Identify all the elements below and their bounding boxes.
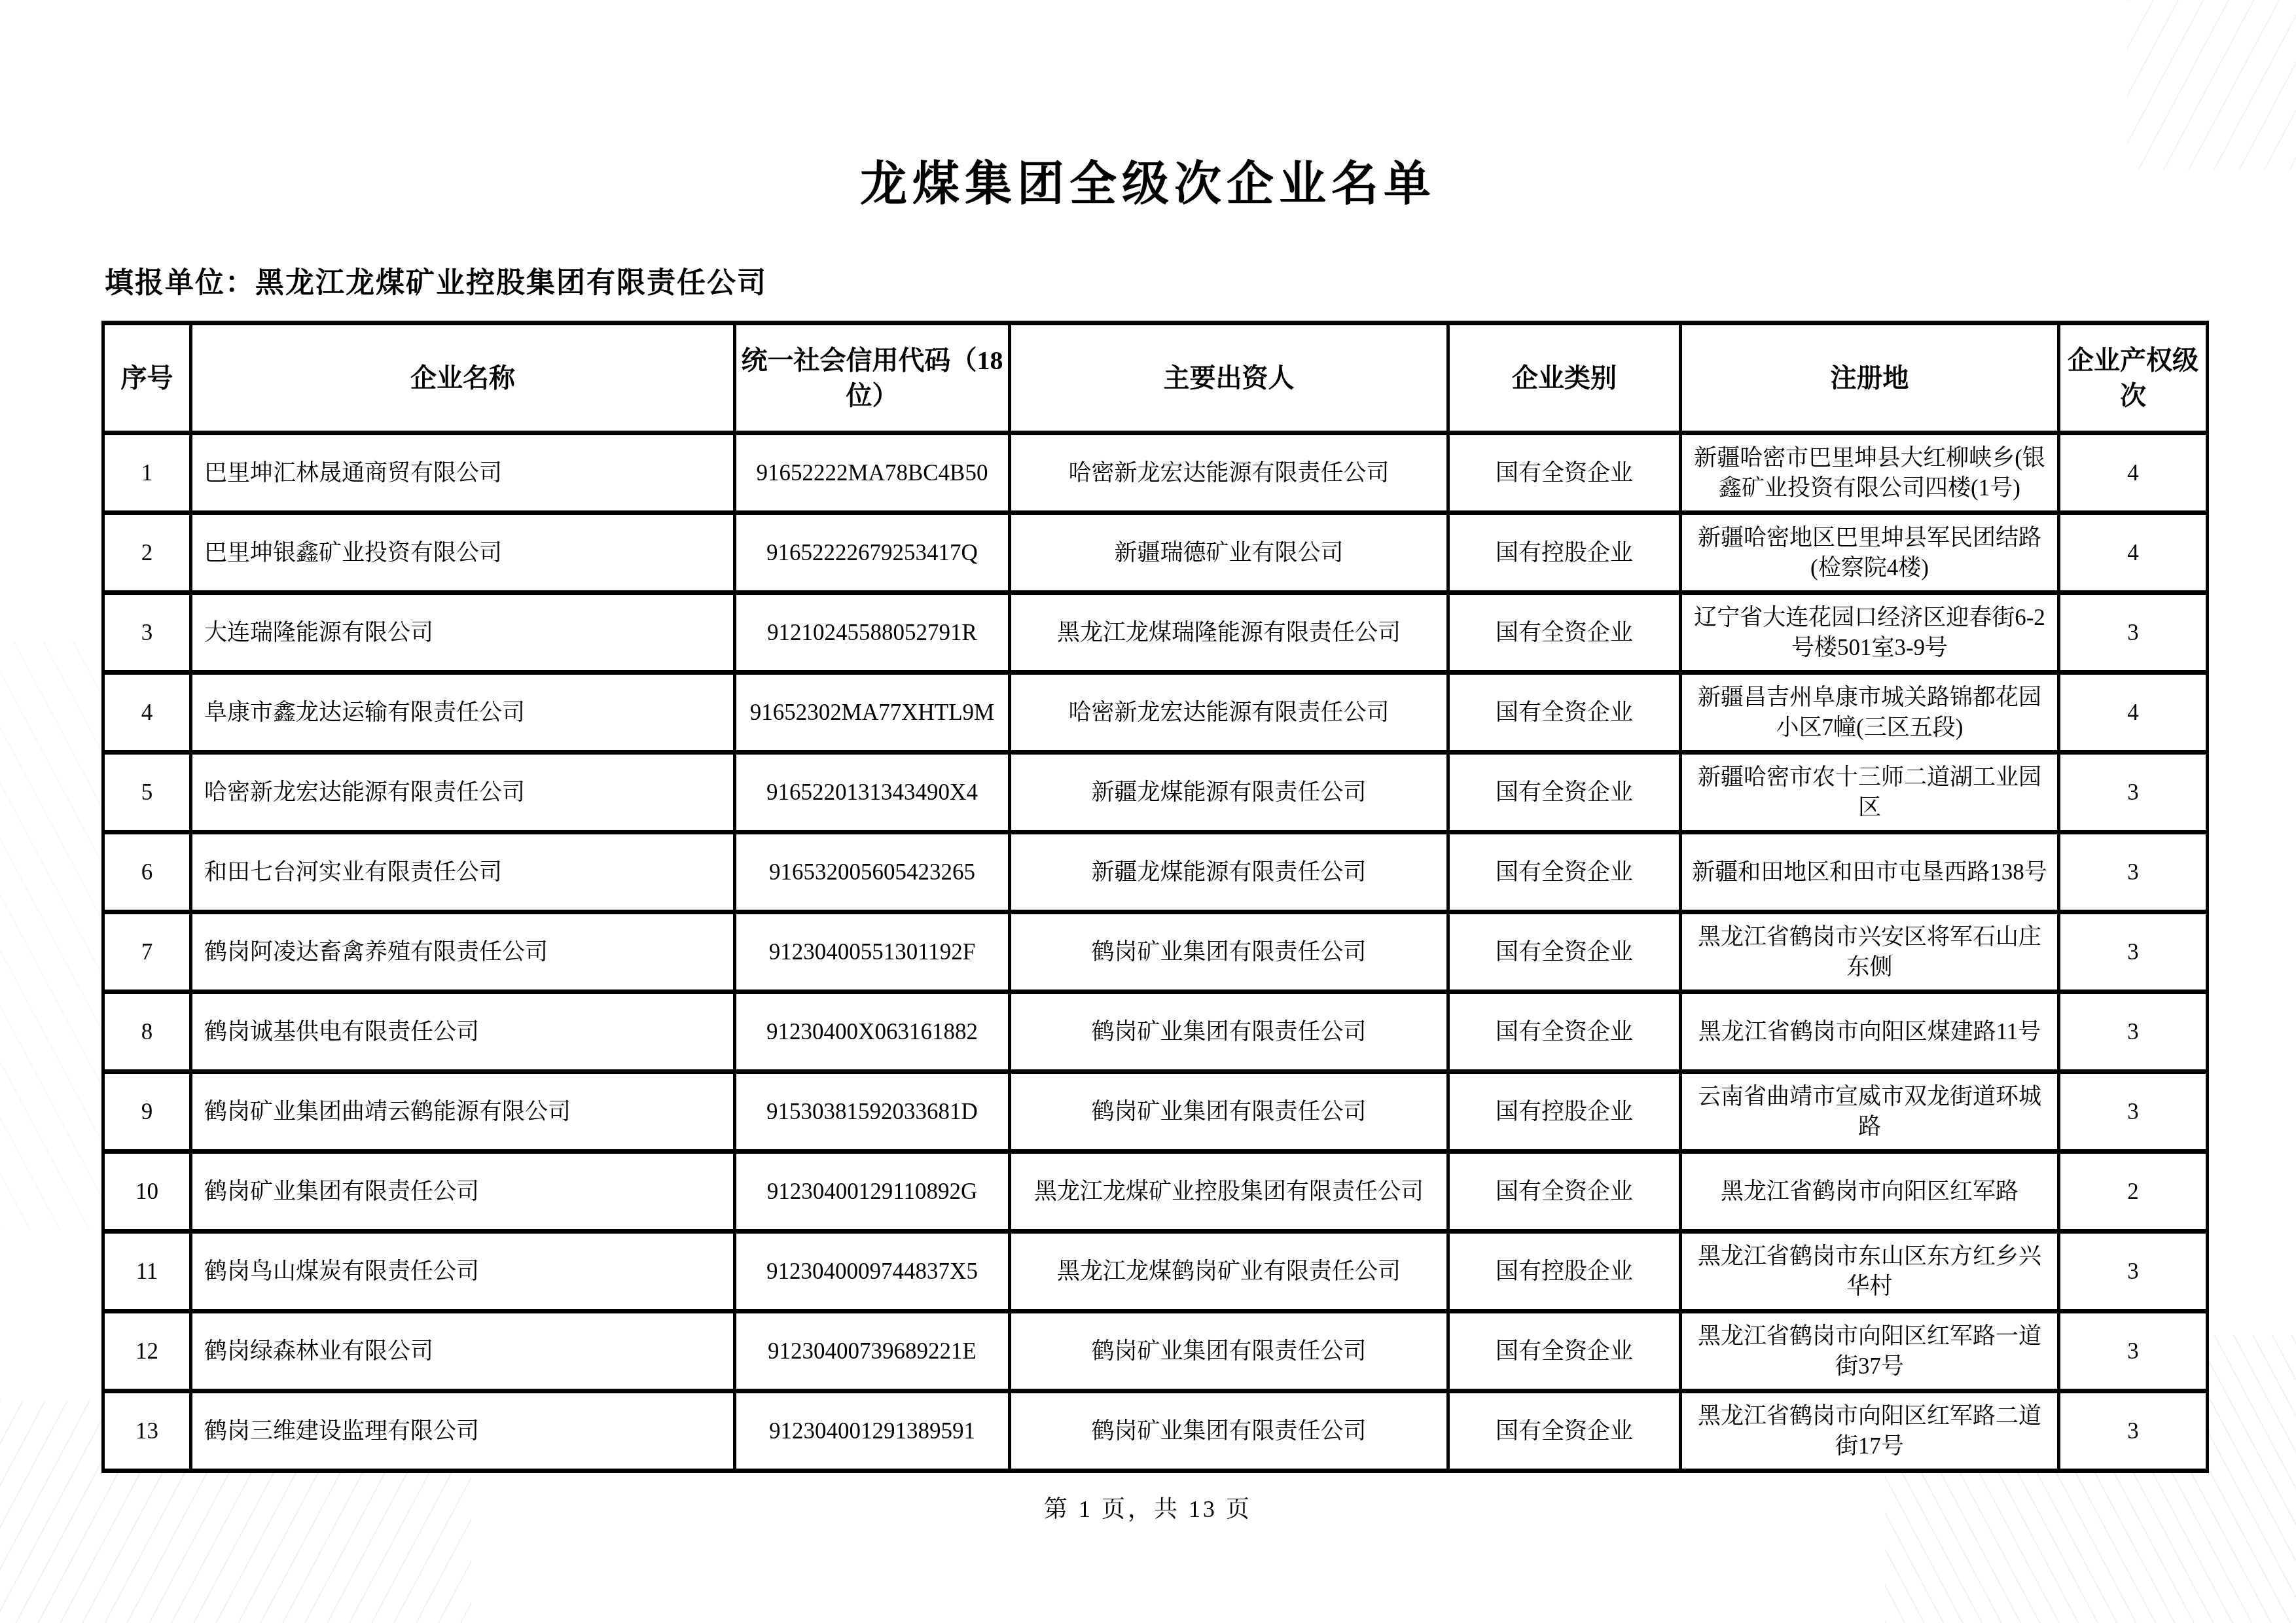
table-body: 1巴里坤汇林晟通商贸有限公司91652222MA78BC4B50哈密新龙宏达能源… bbox=[103, 433, 2208, 1471]
address-text: 黑龙江省鹤岗市向阳区煤建路11号 bbox=[1687, 1017, 2052, 1047]
cell-address: 黑龙江省鹤岗市向阳区红军路二道街17号 bbox=[1681, 1391, 2059, 1471]
cell-serial: 7 bbox=[103, 912, 191, 992]
address-text: 辽宁省大连花园口经济区迎春街6-2号楼501室3-9号 bbox=[1687, 603, 2052, 663]
table-row: 6和田七台河实业有限责任公司916532005605423265新疆龙煤能源有限… bbox=[103, 832, 2208, 912]
table-row: 7鹤岗阿凌达畜禽养殖有限责任公司91230400551301192F鹤岗矿业集团… bbox=[103, 912, 2208, 992]
cell-company-name: 鹤岗阿凌达畜禽养殖有限责任公司 bbox=[191, 912, 735, 992]
page-title: 龙煤集团全级次企业名单 bbox=[0, 145, 2296, 213]
cell-category: 国有控股企业 bbox=[1448, 513, 1681, 593]
cell-company-name: 巴里坤银鑫矿业投资有限公司 bbox=[191, 513, 735, 593]
cell-credit-code: 91652222MA78BC4B50 bbox=[735, 433, 1010, 513]
scan-artifact bbox=[0, 641, 105, 1230]
cell-equity-level: 3 bbox=[2059, 753, 2208, 832]
cell-investor: 哈密新龙宏达能源有限责任公司 bbox=[1010, 673, 1448, 753]
cell-category: 国有全资企业 bbox=[1448, 1311, 1681, 1391]
address-text: 新疆昌吉州阜康市城关路锦都花园小区7幢(三区五段) bbox=[1687, 683, 2052, 743]
cell-investor: 新疆龙煤能源有限责任公司 bbox=[1010, 753, 1448, 832]
cell-address: 云南省曲靖市宣威市双龙街道环城路 bbox=[1681, 1072, 2059, 1152]
column-header-serial: 序号 bbox=[103, 323, 191, 433]
column-header-category: 企业类别 bbox=[1448, 323, 1681, 433]
cell-equity-level: 3 bbox=[2059, 912, 2208, 992]
cell-company-name: 鹤岗矿业集团有限责任公司 bbox=[191, 1152, 735, 1232]
cell-company-name: 阜康市鑫龙达运输有限责任公司 bbox=[191, 673, 735, 753]
cell-serial: 10 bbox=[103, 1152, 191, 1232]
cell-category: 国有控股企业 bbox=[1448, 1232, 1681, 1311]
cell-equity-level: 2 bbox=[2059, 1152, 2208, 1232]
cell-credit-code: 9123040009744837X5 bbox=[735, 1232, 1010, 1311]
cell-serial: 11 bbox=[103, 1232, 191, 1311]
table-row: 11鹤岗鸟山煤炭有限责任公司9123040009744837X5黑龙江龙煤鹤岗矿… bbox=[103, 1232, 2208, 1311]
cell-category: 国有全资企业 bbox=[1448, 912, 1681, 992]
cell-category: 国有全资企业 bbox=[1448, 433, 1681, 513]
column-header-company-name: 企业名称 bbox=[191, 323, 735, 433]
table-row: 3大连瑞隆能源有限公司91210245588052791R黑龙江龙煤瑞隆能源有限… bbox=[103, 593, 2208, 673]
cell-investor: 黑龙江龙煤矿业控股集团有限责任公司 bbox=[1010, 1152, 1448, 1232]
cell-investor: 新疆瑞德矿业有限公司 bbox=[1010, 513, 1448, 593]
reporting-unit-label: 填报单位：黑龙江龙煤矿业控股集团有限责任公司 bbox=[105, 259, 767, 301]
address-text: 云南省曲靖市宣威市双龙街道环城路 bbox=[1687, 1082, 2052, 1142]
cell-category: 国有全资企业 bbox=[1448, 992, 1681, 1072]
address-text: 新疆哈密地区巴里坤县军民团结路(检察院4楼) bbox=[1687, 523, 2052, 583]
table-row: 9鹤岗矿业集团曲靖云鹤能源有限公司91530381592033681D鹤岗矿业集… bbox=[103, 1072, 2208, 1152]
address-text: 新疆哈密市农十三师二道湖工业园区 bbox=[1687, 762, 2052, 823]
address-text: 黑龙江省鹤岗市向阳区红军路 bbox=[1687, 1177, 2052, 1207]
address-text: 新疆和田地区和田市屯垦西路138号 bbox=[1687, 857, 2052, 887]
cell-equity-level: 4 bbox=[2059, 433, 2208, 513]
cell-company-name: 哈密新龙宏达能源有限责任公司 bbox=[191, 753, 735, 832]
cell-serial: 4 bbox=[103, 673, 191, 753]
cell-equity-level: 3 bbox=[2059, 832, 2208, 912]
cell-address: 新疆哈密地区巴里坤县军民团结路(检察院4楼) bbox=[1681, 513, 2059, 593]
address-text: 黑龙江省鹤岗市东山区东方红乡兴华村 bbox=[1687, 1241, 2052, 1302]
cell-address: 新疆和田地区和田市屯垦西路138号 bbox=[1681, 832, 2059, 912]
cell-category: 国有全资企业 bbox=[1448, 753, 1681, 832]
address-text: 黑龙江省鹤岗市向阳区红军路一道街37号 bbox=[1687, 1321, 2052, 1382]
cell-address: 黑龙江省鹤岗市向阳区红军路 bbox=[1681, 1152, 2059, 1232]
cell-serial: 1 bbox=[103, 433, 191, 513]
cell-address: 黑龙江省鹤岗市东山区东方红乡兴华村 bbox=[1681, 1232, 2059, 1311]
cell-address: 新疆哈密市巴里坤县大红柳峡乡(银鑫矿业投资有限公司四楼(1号) bbox=[1681, 433, 2059, 513]
cell-category: 国有控股企业 bbox=[1448, 1072, 1681, 1152]
column-header-registered-address: 注册地 bbox=[1681, 323, 2059, 433]
cell-investor: 鹤岗矿业集团有限责任公司 bbox=[1010, 1072, 1448, 1152]
cell-serial: 13 bbox=[103, 1391, 191, 1471]
cell-credit-code: 91652222679253417Q bbox=[735, 513, 1010, 593]
cell-serial: 3 bbox=[103, 593, 191, 673]
address-text: 黑龙江省鹤岗市兴安区将军石山庄东侧 bbox=[1687, 922, 2052, 982]
cell-equity-level: 3 bbox=[2059, 1391, 2208, 1471]
cell-serial: 9 bbox=[103, 1072, 191, 1152]
table-row: 1巴里坤汇林晟通商贸有限公司91652222MA78BC4B50哈密新龙宏达能源… bbox=[103, 433, 2208, 513]
column-header-equity-level: 企业产权级次 bbox=[2059, 323, 2208, 433]
cell-address: 辽宁省大连花园口经济区迎春街6-2号楼501室3-9号 bbox=[1681, 593, 2059, 673]
cell-investor: 鹤岗矿业集团有限责任公司 bbox=[1010, 992, 1448, 1072]
cell-credit-code: 91210245588052791R bbox=[735, 593, 1010, 673]
cell-investor: 黑龙江龙煤鹤岗矿业有限责任公司 bbox=[1010, 1232, 1448, 1311]
cell-investor: 哈密新龙宏达能源有限责任公司 bbox=[1010, 433, 1448, 513]
cell-address: 黑龙江省鹤岗市兴安区将军石山庄东侧 bbox=[1681, 912, 2059, 992]
cell-investor: 鹤岗矿业集团有限责任公司 bbox=[1010, 1311, 1448, 1391]
cell-company-name: 和田七台河实业有限责任公司 bbox=[191, 832, 735, 912]
cell-address: 黑龙江省鹤岗市向阳区煤建路11号 bbox=[1681, 992, 2059, 1072]
cell-company-name: 鹤岗诚基供电有限责任公司 bbox=[191, 992, 735, 1072]
cell-address: 黑龙江省鹤岗市向阳区红军路一道街37号 bbox=[1681, 1311, 2059, 1391]
column-header-credit-code: 统一社会信用代码（18位） bbox=[735, 323, 1010, 433]
cell-credit-code: 91230400739689221E bbox=[735, 1311, 1010, 1391]
table-row: 2巴里坤银鑫矿业投资有限公司91652222679253417Q新疆瑞德矿业有限… bbox=[103, 513, 2208, 593]
cell-serial: 6 bbox=[103, 832, 191, 912]
cell-category: 国有全资企业 bbox=[1448, 673, 1681, 753]
cell-credit-code: 916532005605423265 bbox=[735, 832, 1010, 912]
cell-investor: 鹤岗矿业集团有限责任公司 bbox=[1010, 912, 1448, 992]
cell-category: 国有全资企业 bbox=[1448, 593, 1681, 673]
cell-equity-level: 4 bbox=[2059, 513, 2208, 593]
cell-company-name: 鹤岗矿业集团曲靖云鹤能源有限公司 bbox=[191, 1072, 735, 1152]
cell-credit-code: 91230400129110892G bbox=[735, 1152, 1010, 1232]
cell-equity-level: 3 bbox=[2059, 992, 2208, 1072]
cell-credit-code: 91230400551301192F bbox=[735, 912, 1010, 992]
cell-serial: 8 bbox=[103, 992, 191, 1072]
cell-equity-level: 3 bbox=[2059, 1232, 2208, 1311]
cell-investor: 新疆龙煤能源有限责任公司 bbox=[1010, 832, 1448, 912]
scan-artifact bbox=[2127, 0, 2296, 170]
page-footer: 第 1 页，共 13 页 bbox=[0, 1491, 2296, 1524]
cell-credit-code: 9165220131343490X4 bbox=[735, 753, 1010, 832]
cell-serial: 2 bbox=[103, 513, 191, 593]
column-header-investor: 主要出资人 bbox=[1010, 323, 1448, 433]
cell-company-name: 鹤岗三维建设监理有限公司 bbox=[191, 1391, 735, 1471]
table-row: 12鹤岗绿森林业有限公司91230400739689221E鹤岗矿业集团有限责任… bbox=[103, 1311, 2208, 1391]
cell-equity-level: 3 bbox=[2059, 1072, 2208, 1152]
cell-serial: 5 bbox=[103, 753, 191, 832]
cell-equity-level: 3 bbox=[2059, 593, 2208, 673]
address-text: 新疆哈密市巴里坤县大红柳峡乡(银鑫矿业投资有限公司四楼(1号) bbox=[1687, 443, 2052, 503]
cell-equity-level: 4 bbox=[2059, 673, 2208, 753]
table-row: 10鹤岗矿业集团有限责任公司91230400129110892G黑龙江龙煤矿业控… bbox=[103, 1152, 2208, 1232]
cell-credit-code: 91652302MA77XHTL9M bbox=[735, 673, 1010, 753]
address-text: 黑龙江省鹤岗市向阳区红军路二道街17号 bbox=[1687, 1401, 2052, 1461]
cell-company-name: 鹤岗绿森林业有限公司 bbox=[191, 1311, 735, 1391]
enterprise-table: 序号 企业名称 统一社会信用代码（18位） 主要出资人 企业类别 注册地 企业产… bbox=[101, 321, 2209, 1473]
cell-address: 新疆昌吉州阜康市城关路锦都花园小区7幢(三区五段) bbox=[1681, 673, 2059, 753]
cell-equity-level: 3 bbox=[2059, 1311, 2208, 1391]
cell-credit-code: 91530381592033681D bbox=[735, 1072, 1010, 1152]
cell-category: 国有全资企业 bbox=[1448, 1152, 1681, 1232]
cell-serial: 12 bbox=[103, 1311, 191, 1391]
table-row: 13鹤岗三维建设监理有限公司912304001291389591鹤岗矿业集团有限… bbox=[103, 1391, 2208, 1471]
cell-credit-code: 91230400X063161882 bbox=[735, 992, 1010, 1072]
table-row: 8鹤岗诚基供电有限责任公司91230400X063161882鹤岗矿业集团有限责… bbox=[103, 992, 2208, 1072]
cell-company-name: 大连瑞隆能源有限公司 bbox=[191, 593, 735, 673]
table-header-row: 序号 企业名称 统一社会信用代码（18位） 主要出资人 企业类别 注册地 企业产… bbox=[103, 323, 2208, 433]
table-row: 5哈密新龙宏达能源有限责任公司9165220131343490X4新疆龙煤能源有… bbox=[103, 753, 2208, 832]
cell-category: 国有全资企业 bbox=[1448, 832, 1681, 912]
cell-company-name: 鹤岗鸟山煤炭有限责任公司 bbox=[191, 1232, 735, 1311]
cell-company-name: 巴里坤汇林晟通商贸有限公司 bbox=[191, 433, 735, 513]
cell-credit-code: 912304001291389591 bbox=[735, 1391, 1010, 1471]
cell-investor: 鹤岗矿业集团有限责任公司 bbox=[1010, 1391, 1448, 1471]
cell-investor: 黑龙江龙煤瑞隆能源有限责任公司 bbox=[1010, 593, 1448, 673]
cell-category: 国有全资企业 bbox=[1448, 1391, 1681, 1471]
cell-address: 新疆哈密市农十三师二道湖工业园区 bbox=[1681, 753, 2059, 832]
table-row: 4阜康市鑫龙达运输有限责任公司91652302MA77XHTL9M哈密新龙宏达能… bbox=[103, 673, 2208, 753]
